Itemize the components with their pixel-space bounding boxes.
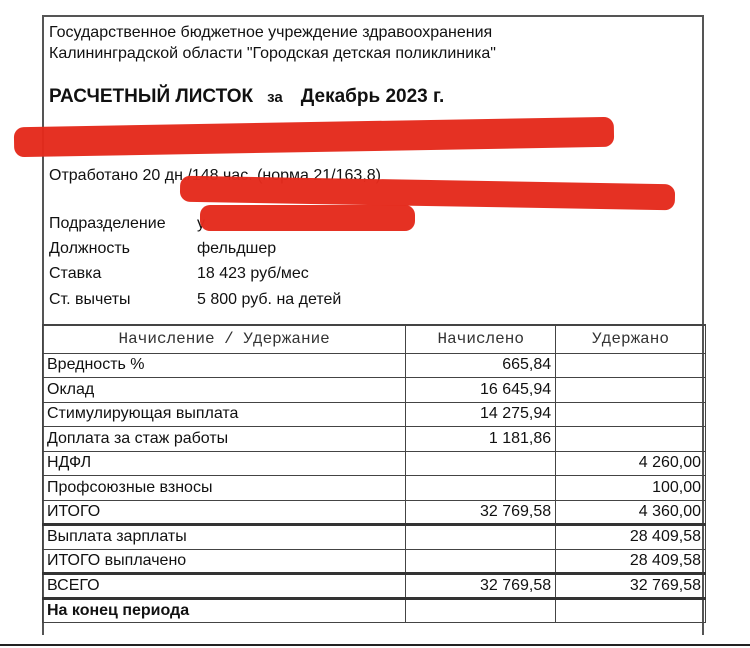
table-row: ВСЕГО32 769,5832 769,58 [43,574,706,599]
page-edge-line [0,644,750,646]
row-accrued [406,598,556,623]
redaction-mark-division-2 [200,205,415,231]
field-value: фельдшер [197,240,276,257]
table-row: НДФЛ4 260,00 [43,451,706,476]
row-name: Доплата за стаж работы [43,427,406,452]
row-accrued [406,451,556,476]
row-withheld: 4 360,00 [556,500,706,525]
field-label: Должность [49,240,197,258]
row-withheld [556,378,706,403]
field-value: 18 423 руб/мес [197,265,309,282]
row-withheld: 28 409,58 [556,549,706,574]
row-name: ВСЕГО [43,574,406,599]
row-name: Выплата зарплаты [43,525,406,550]
row-accrued [406,549,556,574]
row-name: Оклад [43,378,406,403]
table-row: На конец периода [43,598,706,623]
row-withheld [556,402,706,427]
table-row: ИТОГО выплачено28 409,58 [43,549,706,574]
payroll-table: Начисление / Удержание Начислено Удержан… [42,324,706,623]
row-withheld [556,353,706,378]
field-label: Ставка [49,265,197,283]
table-row: Доплата за стаж работы1 181,86 [43,427,706,452]
period: Декабрь 2023 г. [301,86,445,107]
field-position: Должностьфельдшер [49,240,276,258]
payslip-title: РАСЧЕТНЫЙ ЛИСТОКзаДекабрь 2023 г. [49,86,444,108]
row-withheld: 100,00 [556,476,706,501]
row-name: НДФЛ [43,451,406,476]
title-za: за [267,89,283,106]
row-name: Профсоюзные взносы [43,476,406,501]
field-deductions: Ст. вычеты5 800 руб. на детей [49,291,341,309]
row-withheld: 4 260,00 [556,451,706,476]
field-division: Подразделениеу [49,215,205,233]
table-row: Выплата зарплаты28 409,58 [43,525,706,550]
row-withheld [556,427,706,452]
row-accrued: 14 275,94 [406,402,556,427]
header-withheld: Удержано [556,325,706,353]
org-line-2: Калининградской области "Городская детск… [49,43,496,64]
organization-name: Государственное бюджетное учреждение здр… [49,22,496,64]
header-item: Начисление / Удержание [43,325,406,353]
table-row: Стимулирующая выплата14 275,94 [43,402,706,427]
row-name: Стимулирующая выплата [43,402,406,427]
row-withheld: 28 409,58 [556,525,706,550]
table-header-row: Начисление / Удержание Начислено Удержан… [43,325,706,353]
row-accrued: 1 181,86 [406,427,556,452]
table-row: Вредность %665,84 [43,353,706,378]
row-accrued: 32 769,58 [406,574,556,599]
row-accrued: 16 645,94 [406,378,556,403]
row-withheld [556,598,706,623]
row-accrued [406,525,556,550]
table-row: Профсоюзные взносы100,00 [43,476,706,501]
payslip-sheet: Государственное бюджетное учреждение здр… [42,15,704,635]
field-label: Ст. вычеты [49,291,197,309]
field-rate: Ставка18 423 руб/мес [49,265,309,283]
title-text: РАСЧЕТНЫЙ ЛИСТОК [49,86,253,107]
field-value: 5 800 руб. на детей [197,291,341,308]
table-row: ИТОГО32 769,584 360,00 [43,500,706,525]
row-withheld: 32 769,58 [556,574,706,599]
row-accrued: 32 769,58 [406,500,556,525]
org-line-1: Государственное бюджетное учреждение здр… [49,22,496,43]
field-label: Подразделение [49,215,197,233]
header-accrued: Начислено [406,325,556,353]
table-row: Оклад16 645,94 [43,378,706,403]
row-name: Вредность % [43,353,406,378]
row-name: ИТОГО [43,500,406,525]
row-name: На конец периода [43,598,406,623]
row-accrued: 665,84 [406,353,556,378]
row-name: ИТОГО выплачено [43,549,406,574]
row-accrued [406,476,556,501]
